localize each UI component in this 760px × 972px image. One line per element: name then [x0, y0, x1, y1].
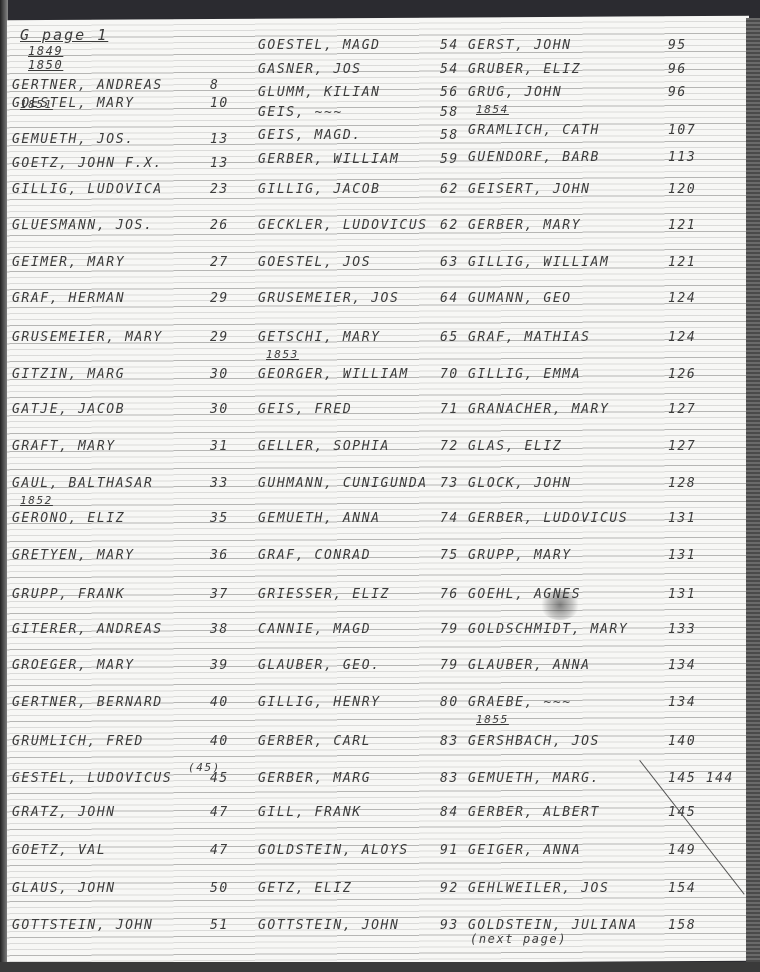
entry-name: GROEGER, MARY: [12, 658, 135, 673]
entry-page-number: 83: [440, 771, 459, 786]
entry-name: GEIS, MAGD.: [258, 128, 362, 143]
index-entry: GLAUS, JOHN50: [12, 881, 116, 899]
index-entry: GECKLER, LUDOVICUS62: [258, 218, 428, 236]
entry-page-number: 23: [210, 182, 229, 197]
year-marker: 1852: [20, 494, 53, 507]
index-entry: GERBER, LUDOVICUS131: [468, 511, 628, 529]
entry-page-number: 36: [210, 548, 229, 563]
entry-page-number: 37: [210, 587, 229, 602]
entry-page-number: 39: [210, 658, 229, 673]
index-entry: GLUESMANN, JOS.26: [12, 218, 153, 236]
entry-page-number: 121: [668, 255, 696, 270]
index-entry: GRAEBE, ~~~134: [468, 695, 572, 713]
entry-page-number: 29: [210, 291, 229, 306]
entry-page-number: 58: [440, 128, 459, 143]
entry-page-number: 131: [668, 587, 696, 602]
entry-name: GATJE, JACOB: [12, 402, 125, 417]
entry-page-number: 72: [440, 439, 459, 454]
index-entry: GEHLWEILER, JOS154: [468, 881, 609, 899]
entry-name: GLUMM, KILIAN: [258, 85, 381, 100]
entry-page-number: 54: [440, 38, 459, 53]
entry-name: GUENDORF, BARB: [468, 150, 600, 165]
entry-name: GELLER, SOPHIA: [258, 439, 390, 454]
entry-name: GRETYEN, MARY: [12, 548, 135, 563]
entry-name: GITZIN, MARG: [12, 367, 125, 382]
entry-name: GERBER, CARL: [258, 734, 371, 749]
entry-name: GERBER, LUDOVICUS: [468, 511, 628, 526]
entry-name: GLOCK, JOHN: [468, 476, 572, 491]
index-entry: GUENDORF, BARB113: [468, 150, 600, 168]
entry-name: GRAMLICH, CATH: [468, 123, 600, 138]
year-marker: 1855: [476, 713, 509, 726]
index-entry: GRUSEMEIER, JOS64: [258, 291, 399, 309]
entry-page-number: 76: [440, 587, 459, 602]
entry-page-number: 158: [668, 918, 696, 933]
entry-name: GOTTSTEIN, JOHN: [258, 918, 399, 933]
entry-name: GUHMANN, CUNIGUNDA: [258, 476, 428, 491]
index-entry: GUMANN, GEO124: [468, 291, 572, 309]
entry-page-number: 134: [668, 695, 696, 710]
entry-page-number: 80: [440, 695, 459, 710]
entry-name: GOLDSTEIN, JULIANA: [468, 918, 638, 933]
index-entry: GRAF, MATHIAS124: [468, 330, 591, 348]
index-entry: GEIS, ~~~58: [258, 105, 343, 123]
entry-page-number: 31: [210, 439, 229, 454]
entry-page-number: 92: [440, 881, 459, 896]
entry-page-number: 27: [210, 255, 229, 270]
index-entry: CANNIE, MAGD79: [258, 622, 371, 640]
entry-page-number: 8: [210, 78, 219, 93]
entry-page-number: 134: [668, 658, 696, 673]
entry-page-number: 95: [668, 38, 687, 53]
page-header: G page 1 1849 1850: [20, 26, 108, 72]
entry-name: GEMUETH, JOS.: [12, 132, 135, 147]
entry-page-number: 70: [440, 367, 459, 382]
index-entry: GERSHBACH, JOS140: [468, 734, 600, 752]
entry-name: GLUESMANN, JOS.: [12, 218, 153, 233]
entry-page-number: 40: [210, 695, 229, 710]
index-entry: GOESTEL, MARY10: [12, 96, 135, 114]
index-entry: GRUG, JOHN96: [468, 85, 562, 103]
entry-page-number: 96: [668, 85, 687, 100]
index-entry: GEIS, MAGD.58: [258, 128, 362, 146]
index-entry: GUHMANN, CUNIGUNDA73: [258, 476, 428, 494]
entry-name: GEISERT, JOHN: [468, 182, 591, 197]
index-entry: GLAUBER, GEO.79: [258, 658, 381, 676]
entry-name: GERBER, MARY: [468, 218, 581, 233]
entry-name: GRAFT, MARY: [12, 439, 116, 454]
entry-name: GRAF, HERMAN: [12, 291, 125, 306]
index-entry: GRETYEN, MARY36: [12, 548, 135, 566]
index-entry: GOLDSTEIN, ALOYS91: [258, 843, 409, 861]
entry-name: GOESTEL, MARY: [12, 96, 135, 111]
entry-page-number: 121: [668, 218, 696, 233]
entry-name: GOTTSTEIN, JOHN: [12, 918, 153, 933]
entry-page-number: 29: [210, 330, 229, 345]
entry-page-number: 124: [668, 291, 696, 306]
page-title: G page 1: [20, 26, 108, 44]
index-entry: GRUPP, FRANK37: [12, 587, 125, 605]
entry-page-number: 120: [668, 182, 696, 197]
entry-page-number: 10: [210, 96, 229, 111]
entry-name: GESTEL, LUDOVICUS: [12, 771, 172, 786]
scan-bottom-border: [0, 962, 760, 972]
index-entry: GLUMM, KILIAN56: [258, 85, 381, 103]
index-entry: GAUL, BALTHASAR33: [12, 476, 153, 494]
entry-page-number: 59: [440, 152, 459, 167]
entry-page-number: 93: [440, 918, 459, 933]
entry-page-number: 51: [210, 918, 229, 933]
entry-name: GOLDSTEIN, ALOYS: [258, 843, 409, 858]
index-entry: GRUBER, ELIZ96: [468, 62, 581, 80]
entry-name: GEHLWEILER, JOS: [468, 881, 609, 896]
entry-name: GLAUBER, ANNA: [468, 658, 591, 673]
entry-page-number: 149: [668, 843, 696, 858]
index-entry: GERONO, ELIZ35: [12, 511, 125, 529]
entry-page-number: 56: [440, 85, 459, 100]
entry-name: GERBER, WILLIAM: [258, 152, 399, 167]
index-entry: GILLIG, HENRY80: [258, 695, 381, 713]
entry-name: GOLDSCHMIDT, MARY: [468, 622, 628, 637]
entry-name: GERSHBACH, JOS: [468, 734, 600, 749]
entry-page-number: 113: [668, 150, 696, 165]
entry-name: GILLIG, LUDOVICA: [12, 182, 163, 197]
entry-page-number: 40: [210, 734, 229, 749]
entry-page-number: 154: [668, 881, 696, 896]
index-entry: GEIGER, ANNA149: [468, 843, 581, 861]
entry-page-number: 58: [440, 105, 459, 120]
index-entry: GILL, FRANK84: [258, 805, 362, 823]
entry-page-number: 13: [210, 132, 229, 147]
entry-name: GRAF, CONRAD: [258, 548, 371, 563]
entry-page-number: 26: [210, 218, 229, 233]
index-entry: GEMUETH, MARG.145 144: [468, 771, 600, 789]
index-entry: GOTTSTEIN, JOHN51: [12, 918, 153, 936]
entry-page-number: 54: [440, 62, 459, 77]
index-entry: GLAUBER, ANNA134: [468, 658, 591, 676]
entry-name: CANNIE, MAGD: [258, 622, 371, 637]
entry-page-number: 30: [210, 367, 229, 382]
entry-name: GOETZ, VAL: [12, 843, 106, 858]
entry-name: GOETZ, JOHN F.X.: [12, 156, 163, 171]
index-entry: GATJE, JACOB30: [12, 402, 125, 420]
entry-page-number: 50: [210, 881, 229, 896]
index-entry: GEISERT, JOHN120: [468, 182, 591, 200]
entry-name: GERBER, MARG: [258, 771, 371, 786]
index-entry: GRIESSER, ELIZ76: [258, 587, 390, 605]
index-entry: GILLIG, LUDOVICA23: [12, 182, 163, 200]
entry-name: GETSCHI, MARY: [258, 330, 381, 345]
index-entry: GRUPP, MARY131: [468, 548, 572, 566]
entry-name: GERTNER, ANDREAS: [12, 78, 163, 93]
entry-name: GERTNER, BERNARD: [12, 695, 163, 710]
index-entry: GETZ, ELIZ92: [258, 881, 352, 899]
index-entry: GITZIN, MARG30: [12, 367, 125, 385]
index-entry: GERST, JOHN95: [468, 38, 572, 56]
entry-page-number: 47: [210, 805, 229, 820]
index-entry: GOLDSCHMIDT, MARY133: [468, 622, 628, 640]
entry-page-number: 71: [440, 402, 459, 417]
next-page-note: (next page): [470, 932, 567, 946]
ink-smudge: [540, 590, 580, 620]
index-entry: GRANACHER, MARY127: [468, 402, 609, 420]
entry-name: GRUSEMEIER, JOS: [258, 291, 399, 306]
entry-name: GAUL, BALTHASAR: [12, 476, 153, 491]
entry-page-number: 124: [668, 330, 696, 345]
entry-page-number: 13: [210, 156, 229, 171]
entry-name: GLAUBER, GEO.: [258, 658, 381, 673]
entry-page-number: 79: [440, 658, 459, 673]
entry-name: GUMANN, GEO: [468, 291, 572, 306]
entry-name: GEIMER, MARY: [12, 255, 125, 270]
entry-page-number: 47: [210, 843, 229, 858]
index-entry: GRAF, HERMAN29: [12, 291, 125, 309]
index-entry: GRAFT, MARY31: [12, 439, 116, 457]
entry-page-number: 62: [440, 182, 459, 197]
entry-name: GRIESSER, ELIZ: [258, 587, 390, 602]
entry-page-number: 35: [210, 511, 229, 526]
scan-right-border: [746, 18, 760, 972]
index-entry: GEIS, FRED71: [258, 402, 352, 420]
index-entry: GETSCHI, MARY65: [258, 330, 381, 348]
index-entry: GERBER, CARL83: [258, 734, 371, 752]
index-entry: GERTNER, BERNARD40: [12, 695, 163, 713]
index-entry: GOESTEL, JOS63: [258, 255, 371, 273]
index-entry: GLAS, ELIZ127: [468, 439, 562, 457]
entry-page-number: 62: [440, 218, 459, 233]
entry-page-number: 79: [440, 622, 459, 637]
entry-name: GECKLER, LUDOVICUS: [258, 218, 428, 233]
entry-page-number: 63: [440, 255, 459, 270]
entry-name: GEIS, ~~~: [258, 105, 343, 120]
index-entry: GILLIG, EMMA126: [468, 367, 581, 385]
entry-name: GASNER, JOS: [258, 62, 362, 77]
entry-name: GRUPP, FRANK: [12, 587, 125, 602]
index-entry: GERBER, WILLIAM59: [258, 152, 399, 170]
index-entry: GILLIG, WILLIAM121: [468, 255, 609, 273]
index-entry: GASNER, JOS54: [258, 62, 362, 80]
index-entry: GERBER, MARG83: [258, 771, 371, 789]
entry-name: GRAEBE, ~~~: [468, 695, 572, 710]
entry-name: GILLIG, EMMA: [468, 367, 581, 382]
entry-page-number: 128: [668, 476, 696, 491]
entry-name: GOESTEL, JOS: [258, 255, 371, 270]
entry-name: GOESTEL, MAGD: [258, 38, 381, 53]
entry-page-number: 73: [440, 476, 459, 491]
entry-name: GRUBER, ELIZ: [468, 62, 581, 77]
index-entry: GEMUETH, JOS.13: [12, 132, 135, 150]
entry-name: GRUSEMEIER, MARY: [12, 330, 163, 345]
year-marker: 1853: [266, 348, 299, 361]
entry-page-number: 145: [668, 805, 696, 820]
entry-page-number: 84: [440, 805, 459, 820]
entry-page-number: 127: [668, 439, 696, 454]
entry-page-number: 127: [668, 402, 696, 417]
entry-name: GEMUETH, MARG.: [468, 771, 600, 786]
index-entry: GRAMLICH, CATH107: [468, 123, 600, 141]
index-entry: GRUMLICH, FRED40: [12, 734, 144, 752]
entry-page-number: 74: [440, 511, 459, 526]
entry-name: GILLIG, WILLIAM: [468, 255, 609, 270]
entry-name: GLAUS, JOHN: [12, 881, 116, 896]
entry-name: GILL, FRANK: [258, 805, 362, 820]
entry-page-number: 145 144: [668, 771, 734, 786]
index-entry: GRATZ, JOHN47: [12, 805, 116, 823]
entry-name: GILLIG, JACOB: [258, 182, 381, 197]
entry-page-number: 30: [210, 402, 229, 417]
entry-name: GERONO, ELIZ: [12, 511, 125, 526]
entry-name: GRAF, MATHIAS: [468, 330, 591, 345]
entry-name: GLAS, ELIZ: [468, 439, 562, 454]
entry-name: GILLIG, HENRY: [258, 695, 381, 710]
entry-page-number: 33: [210, 476, 229, 491]
index-entry: GEIMER, MARY27: [12, 255, 125, 273]
index-entry: GLOCK, JOHN128: [468, 476, 572, 494]
index-entry: GOTTSTEIN, JOHN93: [258, 918, 399, 936]
entry-name: GRATZ, JOHN: [12, 805, 116, 820]
entry-name: GRUMLICH, FRED: [12, 734, 144, 749]
index-entry: GOESTEL, MAGD54: [258, 38, 381, 56]
entry-name: GITERER, ANDREAS: [12, 622, 163, 637]
year-marker: 1854: [476, 103, 509, 116]
entry-name: GEIS, FRED: [258, 402, 352, 417]
entry-page-number: 75: [440, 548, 459, 563]
entry-page-number: 38: [210, 622, 229, 637]
index-entry: GERBER, ALBERT145: [468, 805, 600, 823]
entry-page-number: 83: [440, 734, 459, 749]
header-year-2: 1850: [28, 58, 108, 72]
entry-page-number: 65: [440, 330, 459, 345]
index-entry: GRUSEMEIER, MARY29: [12, 330, 163, 348]
entry-page-number: 131: [668, 548, 696, 563]
index-entry: GELLER, SOPHIA72: [258, 439, 390, 457]
index-entry: GESTEL, LUDOVICUS45(45): [12, 771, 172, 789]
entry-page-number: 131: [668, 511, 696, 526]
index-entry: GITERER, ANDREAS38: [12, 622, 163, 640]
entry-name: GRANACHER, MARY: [468, 402, 609, 417]
index-entry: GEMUETH, ANNA74: [258, 511, 381, 529]
entry-page-number: 96: [668, 62, 687, 77]
index-entry: GERTNER, ANDREAS8: [12, 78, 163, 96]
entry-name: GRUG, JOHN: [468, 85, 562, 100]
entry-name: GERST, JOHN: [468, 38, 572, 53]
index-entry: GROEGER, MARY39: [12, 658, 135, 676]
entry-page-number: 64: [440, 291, 459, 306]
index-entry: GERBER, MARY121: [468, 218, 581, 236]
entry-name: GEIGER, ANNA: [468, 843, 581, 858]
entry-name: GERBER, ALBERT: [468, 805, 600, 820]
entry-page-number: 91: [440, 843, 459, 858]
entry-page-number: 140: [668, 734, 696, 749]
entry-page-number: 133: [668, 622, 696, 637]
entry-page-number: 107: [668, 123, 696, 138]
entry-name: GEORGER, WILLIAM: [258, 367, 409, 382]
index-entry: GOETZ, VAL47: [12, 843, 106, 861]
entry-page-number: 126: [668, 367, 696, 382]
header-year-1: 1849: [28, 44, 108, 58]
index-entry: GEORGER, WILLIAM70: [258, 367, 409, 385]
index-entry: GRAF, CONRAD75: [258, 548, 371, 566]
page-annotation: (45): [188, 761, 221, 774]
index-entry: GILLIG, JACOB62: [258, 182, 381, 200]
index-entry: GOETZ, JOHN F.X.13: [12, 156, 163, 174]
entry-name: GEMUETH, ANNA: [258, 511, 381, 526]
entry-name: GRUPP, MARY: [468, 548, 572, 563]
entry-name: GETZ, ELIZ: [258, 881, 352, 896]
